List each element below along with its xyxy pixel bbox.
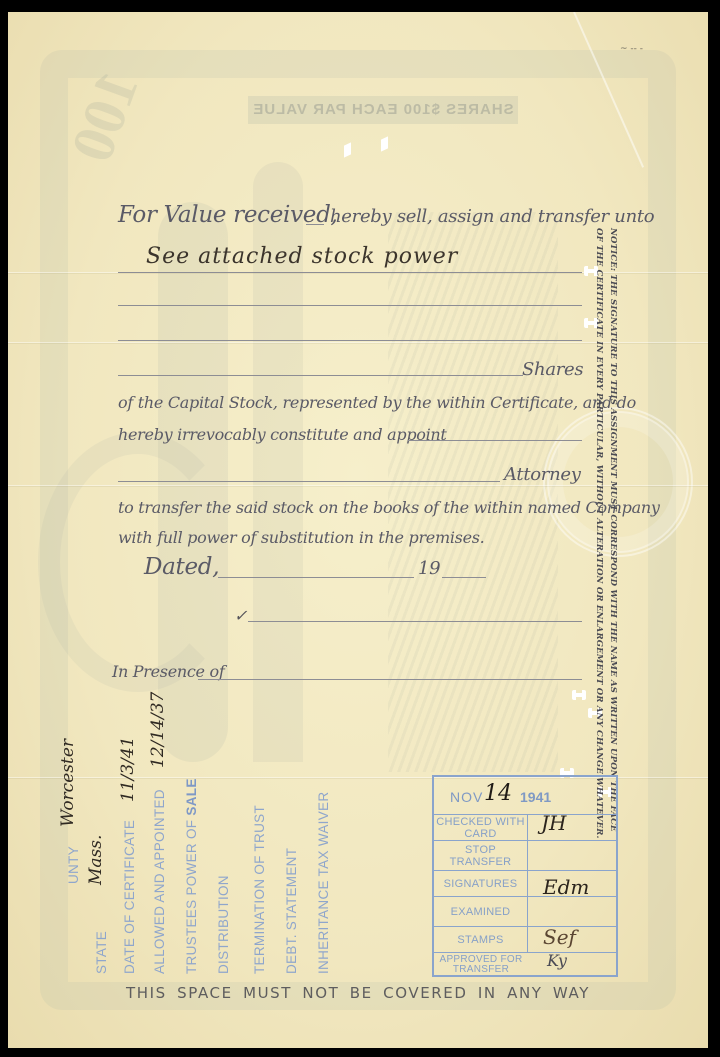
for-value-received: For Value received, xyxy=(118,202,338,228)
transfer-stamp-box: NOV 14 1941 CHECKED WITH CARD JH STOP TR… xyxy=(432,775,618,977)
stamp-month: NOV xyxy=(450,789,483,805)
irrevocably-text: hereby irrevocably constitute and appoin… xyxy=(118,425,447,444)
witness-line xyxy=(198,679,582,680)
stamp-row-label: APPROVED FOR TRANSFER xyxy=(434,953,528,977)
stamp-row-label: EXAMINED xyxy=(434,897,528,926)
certificate-back: SHARES $100 EACH PAR VALUE 100 ~ -- - Fo… xyxy=(8,12,708,1048)
date-field-line xyxy=(218,577,414,578)
appointee-line xyxy=(408,440,582,441)
stamp-row-label: STOP TRANSFER xyxy=(434,841,528,870)
attorney-label: Attorney xyxy=(504,464,581,485)
assign-transfer-text: hereby sell, assign and transfer unto xyxy=(330,206,654,227)
paper-crease xyxy=(573,12,644,168)
date-of-certificate-value: 11/3/41 xyxy=(118,736,138,802)
stamp-row-stamps: STAMPS Sef xyxy=(434,927,616,953)
stamp-row-examined: EXAMINED xyxy=(434,897,616,927)
dated-label: Dated, xyxy=(144,554,219,580)
date-of-certificate-label: DATE OF CERTIFICATE xyxy=(122,820,137,974)
shares-label: Shares xyxy=(522,359,583,380)
transfer-text: to transfer the said stock on the books … xyxy=(118,498,660,517)
shares-line xyxy=(118,375,523,376)
show-through-numeral: 100 xyxy=(57,62,153,170)
cancellation-punch xyxy=(344,142,351,157)
county-label: UNTY xyxy=(66,846,81,884)
cancellation-punch xyxy=(381,136,388,151)
pencil-mark: ~ -- - xyxy=(620,44,643,54)
inheritance-tax-waiver-label: INHERITANCE TAX WAIVER xyxy=(316,792,331,974)
blank-line xyxy=(118,305,582,306)
distribution-label: DISTRIBUTION xyxy=(216,875,231,974)
state-label: STATE xyxy=(94,931,109,974)
stamp-day: 14 xyxy=(484,781,512,806)
year-field-line xyxy=(442,577,486,578)
stamp-row-signatures: SIGNATURES Edm xyxy=(434,871,616,897)
termination-of-trust-label: TERMINATION OF TRUST xyxy=(252,805,267,974)
stamp-initials: Ky xyxy=(547,951,567,970)
stamp-date: NOV 14 1941 xyxy=(434,777,616,815)
signature-notice: NOTICE: THE SIGNATURE TO THIS ASSIGNMENT… xyxy=(586,228,618,728)
attorney-line xyxy=(118,481,500,482)
debt-statement-label: DEBT. STATEMENT xyxy=(284,848,299,974)
cancellation-punch xyxy=(572,690,586,700)
stamp-initials: JH xyxy=(541,811,566,835)
county-value: Worcester xyxy=(58,739,78,827)
stamp-year: 1941 xyxy=(520,789,551,805)
do-not-cover-warning: THIS SPACE MUST NOT BE COVERED IN ANY WA… xyxy=(8,984,708,1002)
show-through-banner: SHARES $100 EACH PAR VALUE xyxy=(248,96,518,124)
stamp-initials: Edm xyxy=(543,875,589,899)
stamp-row-label: CHECKED WITH CARD xyxy=(434,815,528,840)
year-prefix: 19 xyxy=(418,558,440,579)
signature-line xyxy=(248,621,582,622)
trustees-power-label: TRUSTEES POWER OF SALE xyxy=(184,778,199,974)
blank-line xyxy=(306,224,324,225)
substitution-text: with full power of substitution in the p… xyxy=(118,528,484,547)
stamp-row-stop-transfer: STOP TRANSFER xyxy=(434,841,616,871)
stamp-row-label: STAMPS xyxy=(434,927,528,952)
notice-line-1: NOTICE: THE SIGNATURE TO THIS ASSIGNMENT… xyxy=(608,228,618,728)
stamp-row-approved: APPROVED FOR TRANSFER Ky xyxy=(434,953,616,977)
stamp-initials: Sef xyxy=(543,925,576,949)
capital-stock-text: of the Capital Stock, represented by the… xyxy=(118,393,636,412)
notice-line-2: OF THE CERTIFICATE IN EVERY PARTICULAR, … xyxy=(594,228,604,728)
allowed-appointed-value: 12/14/37 xyxy=(148,692,168,768)
transferee-line xyxy=(118,272,582,273)
signature-checkmark: ✓ xyxy=(234,606,247,625)
stamp-row-label: SIGNATURES xyxy=(434,871,528,896)
transferee-handwritten: See attached stock power xyxy=(146,244,458,269)
allowed-appointed-label: ALLOWED AND APPOINTED xyxy=(152,789,167,974)
blank-line xyxy=(118,340,582,341)
state-value: Mass. xyxy=(86,835,106,885)
show-through-text-block xyxy=(388,212,558,772)
stamp-row-checked: CHECKED WITH CARD JH xyxy=(434,815,616,841)
